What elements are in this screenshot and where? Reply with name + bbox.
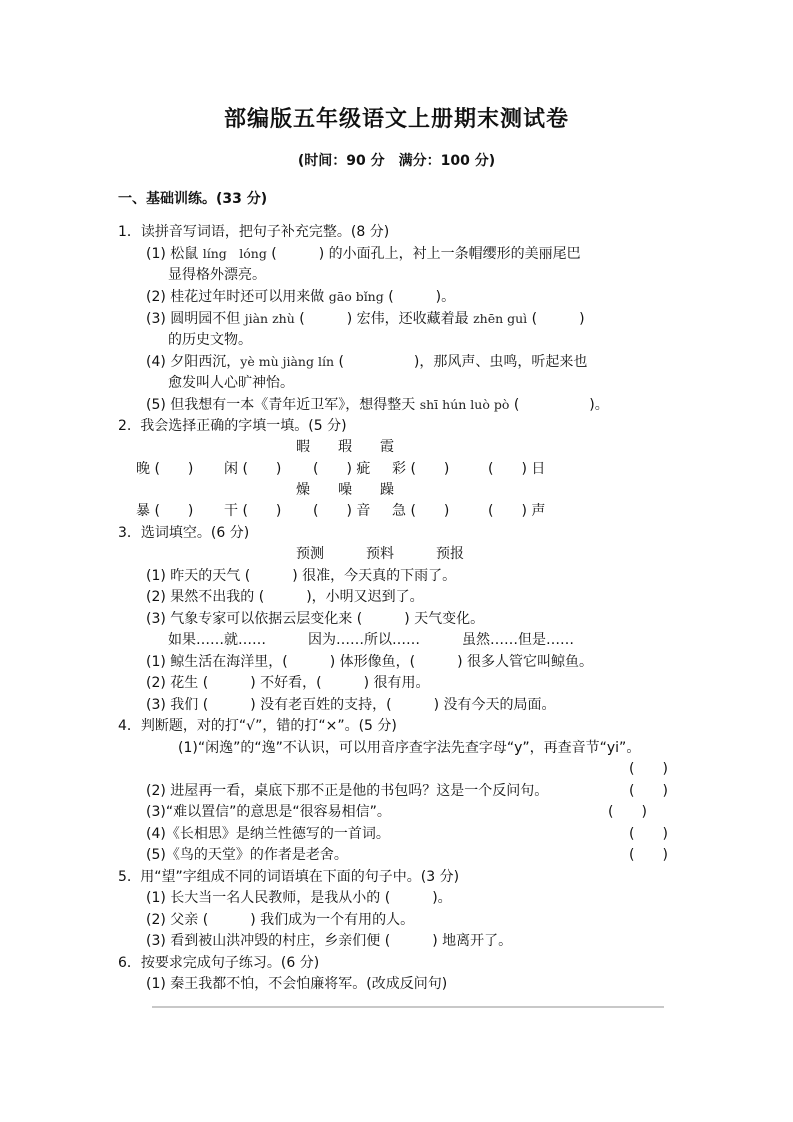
q1-item-3-blank-2[interactable]: ( ) [527, 311, 584, 327]
q2-blank-2-3[interactable]: ( ) 音 [313, 501, 370, 521]
exam-page: 部编版五年级语文上册期末测试卷 (时间：90 分 满分：100 分) 一、基础训… [0, 0, 793, 1122]
q1-item-3-text: (3) 圆明园不但 [146, 311, 245, 327]
q4-answer-box-5[interactable]: ( ) [629, 845, 668, 865]
exam-time-score: (时间：90 分 满分：100 分) [0, 150, 793, 170]
q6-item-1: (1) 秦王我都不怕，不会怕廉将军。(改成反问句) [146, 974, 447, 994]
q4-item-1: (1)“闲逸”的“逸”不认识，可以用音序查字法先查字母“y”，再查音节“yi”。 [178, 738, 640, 758]
q2-blank-1-2[interactable]: 闲 ( ) [224, 459, 281, 479]
q2-blank-1-3[interactable]: ( ) 疵 [313, 459, 370, 479]
q3-word-bank-2: 如果……就…… 因为……所以…… 虽然……但是…… [168, 630, 574, 650]
q1-item-3-cont: 的历史文物。 [168, 330, 252, 350]
q4-item-4: (4)《长相思》是纳兰性德写的一首词。 [146, 824, 390, 844]
q2-blank-2-1[interactable]: 暴 ( ) [136, 501, 193, 521]
q2-stem: 2. 我会选择正确的字填一填。(5 分) [118, 416, 347, 436]
q3-item-2[interactable]: (2) 果然不出我的 ( )，小明又迟到了。 [146, 587, 424, 607]
q2-choices-1: 暇 瑕 霞 [296, 437, 394, 457]
q3-word-bank-1: 预测 预料 预报 [296, 544, 464, 564]
q1-item-5: (5) 但我想有一本《青年近卫军》，想得整天 shī hún luò pò ( … [146, 395, 609, 415]
q2-blank-2-2[interactable]: 干 ( ) [224, 501, 281, 521]
q4-item-5: (5)《鸟的天堂》的作者是老舍。 [146, 845, 348, 865]
q4-answer-box-2[interactable]: ( ) [629, 781, 668, 801]
q5-item-2[interactable]: (2) 父亲 ( ) 我们成为一个有用的人。 [146, 910, 414, 930]
q1-item-3-pinyin: jiàn zhù [245, 311, 295, 326]
page-title: 部编版五年级语文上册期末测试卷 [0, 102, 793, 133]
q2-blank-1-5[interactable]: ( ) 日 [488, 459, 545, 479]
q5-stem: 5. 用“望”字组成不同的词语填在下面的句子中。(3 分) [118, 867, 459, 887]
q3-item-4[interactable]: (1) 鲸生活在海洋里，( ) 体形像鱼，( ) 很多人管它叫鲸鱼。 [146, 652, 593, 672]
q2-blank-2-4[interactable]: 急 ( ) [392, 501, 449, 521]
q1-item-5-blank[interactable]: ( )。 [509, 397, 608, 413]
q1-item-2-text: (2) 桂花过年时还可以用来做 [146, 289, 329, 305]
q1-item-4-text-b[interactable]: ( )，那风声、虫鸣，听起来也 [334, 354, 587, 370]
q1-item-5-text: (5) 但我想有一本《青年近卫军》，想得整天 [146, 397, 420, 413]
q4-answer-box-1[interactable]: ( ) [629, 759, 668, 779]
q1-item-3-pinyin-2: zhēn guì [473, 311, 527, 326]
q3-item-3[interactable]: (3) 气象专家可以依据云层变化来 ( ) 天气变化。 [146, 609, 484, 629]
q3-item-6[interactable]: (3) 我们 ( ) 没有老百姓的支持，( ) 没有今天的局面。 [146, 695, 555, 715]
q1-item-1-cont: 显得格外漂亮。 [168, 265, 266, 285]
section-heading-basic-training: 一、基础训练。(33 分) [118, 189, 267, 209]
q1-item-3: (3) 圆明园不但 jiàn zhù ( ) 宏伟，还收藏着最 zhēn guì… [146, 309, 585, 329]
q4-answer-box-4[interactable]: ( ) [629, 824, 668, 844]
q1-item-4-text: (4) 夕阳西沉， [146, 354, 240, 370]
q2-blank-1-1[interactable]: 晚 ( ) [136, 459, 193, 479]
q5-item-1[interactable]: (1) 长大当一名人民教师，是我从小的 ( )。 [146, 888, 452, 908]
q4-item-3: (3)“难以置信”的意思是“很容易相信”。 [146, 802, 391, 822]
q1-item-1-text: (1) 松鼠 [146, 246, 203, 262]
q1-item-3-text-b[interactable]: ( ) 宏伟，还收藏着最 [295, 311, 473, 327]
q1-item-4-cont: 愈发叫人心旷神怡。 [168, 373, 294, 393]
q1-item-1-text-b[interactable]: ( ) 的小面孔上，衬上一条帽缨形的美丽尾巴 [267, 246, 581, 262]
q2-choices-2: 燥 噪 躁 [296, 480, 394, 500]
q4-stem: 4．判断题，对的打“√”，错的打“×”。(5 分) [118, 716, 397, 736]
q5-item-3[interactable]: (3) 看到被山洪冲毁的村庄，乡亲们便 ( ) 地离开了。 [146, 931, 512, 951]
q3-stem: 3．选词填空。(6 分) [118, 523, 249, 543]
q1-item-2: (2) 桂花过年时还可以用来做 gāo bǐng ( )。 [146, 287, 455, 307]
q3-item-5[interactable]: (2) 花生 ( ) 不好看，( ) 很有用。 [146, 673, 429, 693]
answer-line-divider [152, 1006, 664, 1008]
q1-item-2-pinyin: gāo bǐng [329, 289, 384, 304]
q2-blank-1-4[interactable]: 彩 ( ) [392, 459, 449, 479]
q1-item-1: (1) 松鼠 líng lóng ( ) 的小面孔上，衬上一条帽缨形的美丽尾巴 [146, 244, 581, 264]
q4-item-2: (2) 进屋再一看，桌底下那不正是他的书包吗？这是一个反问句。 [146, 781, 548, 801]
q1-item-2-blank[interactable]: ( )。 [384, 289, 455, 305]
q1-item-5-pinyin: shī hún luò pò [420, 397, 510, 412]
q2-blank-2-5[interactable]: ( ) 声 [488, 501, 545, 521]
q1-item-4-pinyin: yè mù jiàng lín [240, 354, 334, 369]
q1-stem: 1．读拼音写词语，把句子补充完整。(8 分) [118, 222, 389, 242]
q1-item-1-pinyin: líng lóng [203, 246, 267, 261]
q1-item-4: (4) 夕阳西沉，yè mù jiàng lín ( )，那风声、虫鸣，听起来也 [146, 352, 587, 372]
q6-stem: 6．按要求完成句子练习。(6 分) [118, 953, 319, 973]
q4-answer-box-3[interactable]: ( ) [608, 802, 647, 822]
q3-item-1[interactable]: (1) 昨天的天气 ( ) 很准，今天真的下雨了。 [146, 566, 456, 586]
